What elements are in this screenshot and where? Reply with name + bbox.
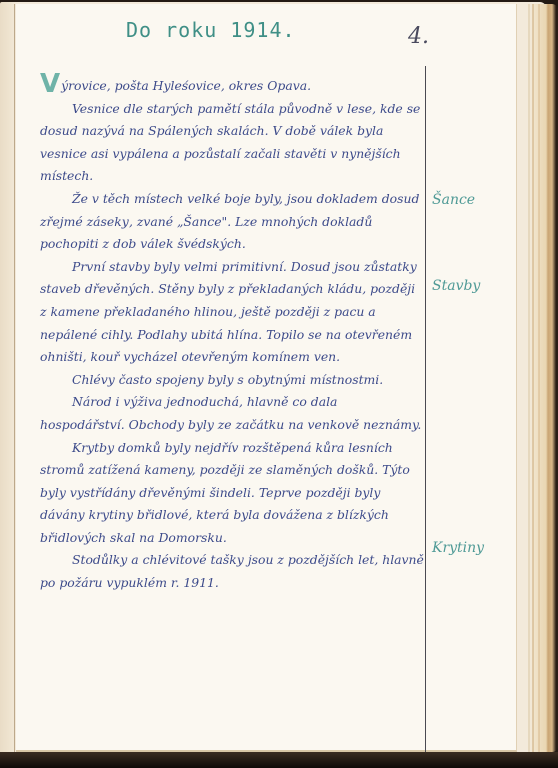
left-gutter-line	[14, 4, 15, 752]
paragraph-5: Chlévy často spojeny byly s obytnými mís…	[40, 369, 424, 392]
paragraph-6: Národ i výživa jednoduchá, hlavně co dal…	[40, 391, 424, 436]
paragraph-4: První stavby byly velmi primitivní. Dosu…	[40, 256, 424, 369]
page-title: Do roku 1914.	[126, 18, 296, 42]
paragraph-text: ýrovice, pošta Hyleśovice, okres Opava.	[61, 78, 311, 93]
handwritten-body: Výrovice, pošta Hyleśovice, okres Opava.…	[40, 74, 424, 595]
paragraph-8: Stodůlky a chlévitové taškу jsou z pozdě…	[40, 549, 424, 594]
margin-note-sance: Šance	[432, 192, 475, 208]
paragraph-1: Výrovice, pošta Hyleśovice, okres Opava.	[40, 74, 424, 98]
paragraph-7: Krytby domků byly nejdřív rozštěpená kůr…	[40, 437, 424, 550]
page-number: 4.	[408, 24, 429, 49]
paragraph-3: Že v těch místech velké boje byly, jsou …	[40, 188, 424, 256]
margin-note-stavby: Stavby	[432, 278, 480, 294]
chronicle-page: Do roku 1914. 4. Výrovice, pošta Hyleśov…	[16, 4, 517, 752]
drop-cap: V	[40, 69, 60, 99]
book-scan: Do roku 1914. 4. Výrovice, pošta Hyleśov…	[0, 0, 558, 768]
margin-rule	[425, 66, 426, 754]
page-edges	[528, 4, 558, 752]
bottom-shadow	[0, 752, 558, 768]
margin-note-krytiny: Krytiny	[432, 540, 484, 556]
paragraph-2: Vesnice dle starých pamětí stála původně…	[40, 98, 424, 188]
